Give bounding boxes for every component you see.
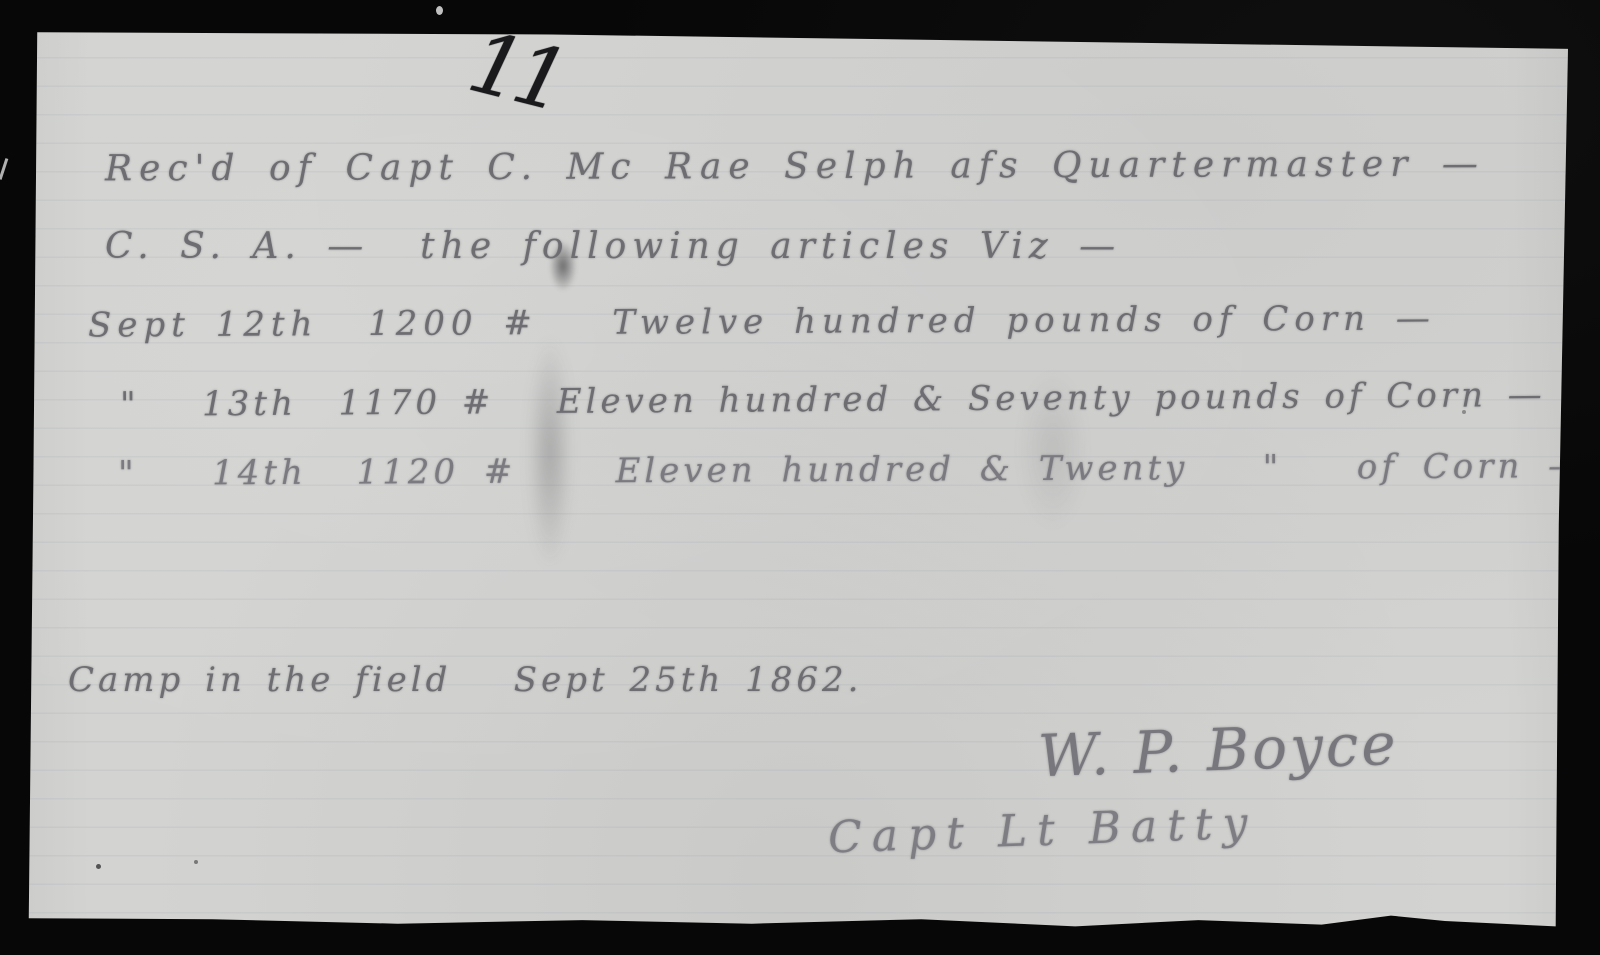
- signature: W. P. Boyce: [1037, 710, 1400, 791]
- receipt-entry-line-1: Sept 12th 1200 # Twelve hundred pounds o…: [88, 298, 1436, 345]
- dust-speck: [194, 860, 198, 864]
- scanned-page: Rec'd of Capt C. Mc Rae Selph afs Quarte…: [0, 0, 1600, 955]
- signature-rank-line: Capt Lt Batty: [827, 798, 1258, 864]
- scratch-mark: [0, 158, 8, 180]
- receipt-entry-line-2: " 13th 1170 # Eleven hundred & Seventy p…: [120, 375, 1546, 425]
- dust-speck: [96, 864, 101, 869]
- receipt-entry-line-3: " 14th 1120 # Eleven hundred & Twenty " …: [118, 446, 1586, 494]
- paper-sheet: Rec'd of Capt C. Mc Rae Selph afs Quarte…: [28, 30, 1568, 930]
- dust-speck: [436, 6, 443, 15]
- receipt-opening-line-2: C. S. A. — the following articles Viz —: [105, 226, 1121, 267]
- receipt-opening-line: Rec'd of Capt C. Mc Rae Selph afs Quarte…: [105, 144, 1485, 190]
- receipt-dateline: Camp in the field Sept 25th 1862.: [68, 660, 862, 700]
